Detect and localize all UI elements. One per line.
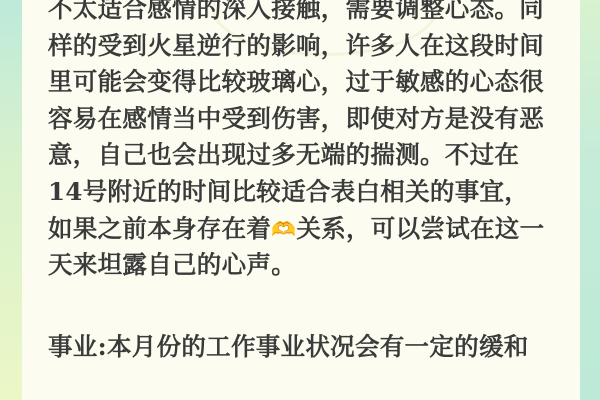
article-card: 不太适合感情的深入接触，需要调整心态。同 样的受到火星逆行的影响，许多人在这段时…	[22, 0, 580, 400]
text-line: 里可能会变得比较玻璃心，过于敏感的心态很	[48, 64, 568, 101]
text-segment: 关系，可以尝试在这一	[296, 214, 544, 243]
career-paragraph: 事业:本月份的工作事业状况会有一定的缓和	[48, 329, 568, 366]
text-line: 天来坦露自己的心声。	[48, 247, 568, 284]
text-line: 意，自己也会出现过多无端的揣测。不过在	[48, 137, 568, 174]
text-line: 14号附近的时间比较适合表白相关的事宜，	[48, 174, 568, 211]
text-line: 样的受到火星逆行的影响，许多人在这段时间	[48, 28, 568, 65]
love-paragraph: 不太适合感情的深入接触，需要调整心态。同 样的受到火星逆行的影响，许多人在这段时…	[48, 0, 568, 284]
article-body: 不太适合感情的深入接触，需要调整心态。同 样的受到火星逆行的影响，许多人在这段时…	[48, 0, 568, 365]
left-background-strip	[0, 0, 22, 400]
right-background-strip	[580, 0, 600, 400]
text-line: 不太适合感情的深入接触，需要调整心态。同	[48, 0, 568, 28]
heart-hands-icon: 🫶	[271, 217, 296, 241]
text-line: 如果之前本身存在着🫶关系，可以尝试在这一	[48, 211, 568, 248]
text-line: 事业:本月份的工作事业状况会有一定的缓和	[48, 329, 568, 366]
paragraph-gap	[48, 284, 568, 329]
text-line: 容易在感情当中受到伤害，即使对方是没有恶	[48, 101, 568, 138]
text-segment: 如果之前本身存在着	[48, 214, 271, 243]
